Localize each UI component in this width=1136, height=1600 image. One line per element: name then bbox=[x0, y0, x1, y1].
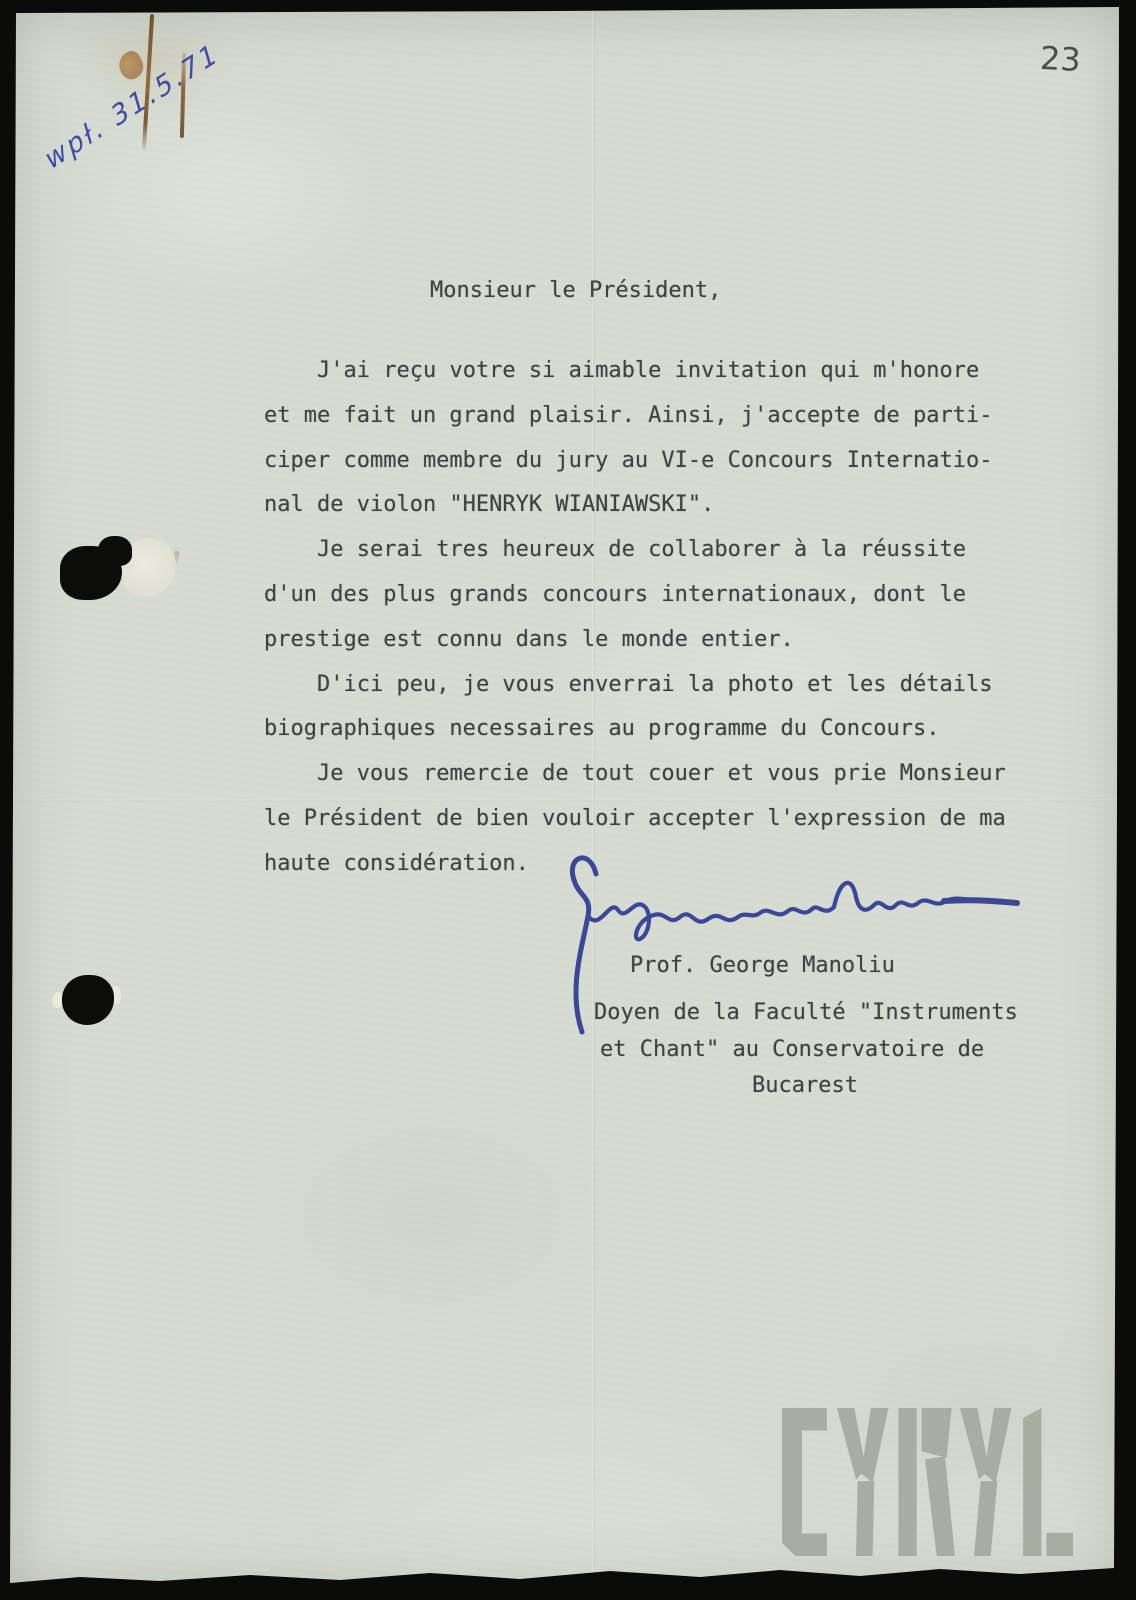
fold-crease-corner bbox=[8, 1444, 163, 1557]
punch-hole-top bbox=[60, 546, 122, 600]
signature-title-line: Doyen de la Faculté "Instruments bbox=[594, 1000, 1018, 1025]
body-line: J'ai reçu votre si aimable invitation qu… bbox=[264, 349, 1044, 394]
punch-hole-bottom bbox=[62, 975, 114, 1025]
body-line: prestige est connu dans le monde entier. bbox=[264, 618, 1044, 663]
salutation: Monsieur le Président, bbox=[430, 278, 721, 303]
body-line: biographiques necessaires au programme d… bbox=[264, 707, 1044, 752]
signature-title-line: Bucarest bbox=[752, 1073, 858, 1098]
body-line: D'ici peu, je vous enverrai la photo et … bbox=[264, 663, 1044, 708]
body-line: Je serai tres heureux de collaborer à la… bbox=[264, 528, 1044, 573]
signature-title-line: et Chant" au Conservatoire de bbox=[600, 1037, 984, 1062]
signature-name: Prof. George Manoliu bbox=[630, 953, 895, 978]
body-line: ciper comme membre du jury au VI-e Conco… bbox=[264, 439, 1044, 484]
page-number: 23 bbox=[1039, 39, 1082, 79]
document-scan: wpł. 31.5.71 23 Monsieur le Président, J… bbox=[0, 0, 1136, 1600]
rust-stain bbox=[114, 48, 148, 83]
letter-page: wpł. 31.5.71 23 Monsieur le Président, J… bbox=[0, 0, 1136, 1600]
body-line: d'un des plus grands concours internatio… bbox=[264, 573, 1044, 618]
letter-body: J'ai reçu votre si aimable invitation qu… bbox=[264, 349, 1044, 887]
watermark-cyryl: CYRYL bbox=[755, 1408, 1095, 1560]
body-line: le Président de bien vouloir accepter l'… bbox=[264, 797, 1044, 842]
body-line: nal de violon "HENRYK WIANIAWSKI". bbox=[264, 483, 1044, 528]
body-line: Je vous remercie de tout couer et vous p… bbox=[264, 752, 1044, 797]
body-line: et me fait un grand plaisir. Ainsi, j'ac… bbox=[264, 394, 1044, 439]
watermark-letters bbox=[755, 1408, 1095, 1556]
